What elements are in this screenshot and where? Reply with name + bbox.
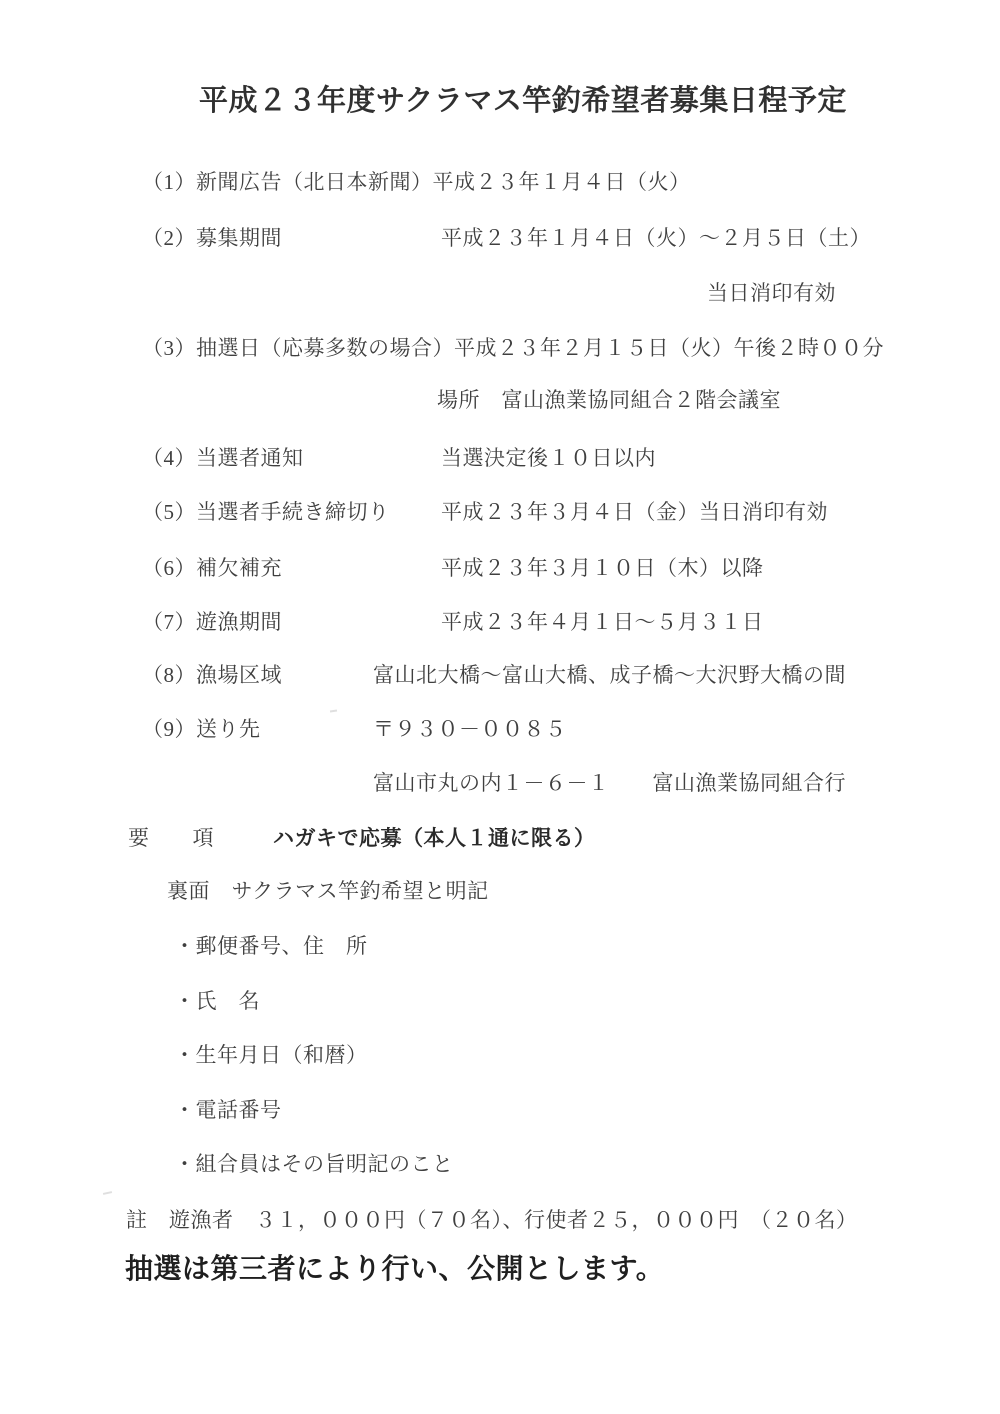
scan-artifact [103,1191,112,1195]
schedule-item-9-value: 〒９３０－００８５ [373,717,567,742]
scan-artifact [396,838,400,840]
scanned-document-page: 平成２３年度サクラマス竿釣希望者募集日程予定 （1）新聞広告（北日本新聞）平成２… [0,0,1000,1414]
postcard-bullet-birthdate: ・生年月日（和暦） [174,1043,368,1068]
postcard-bullet-member: ・組合員はその旨明記のこと [174,1152,454,1177]
postcard-bullet-name: ・氏 名 [174,989,260,1014]
schedule-item-3: （3）抽選日（応募多数の場合）平成２３年２月１５日（火）午後２時００分 [142,336,884,361]
schedule-item-7-value: 平成２３年４月１日～５月３１日 [441,610,764,635]
schedule-item-2-note: 当日消印有効 [707,281,836,306]
schedule-item-5-value: 平成２３年３月４日（金）当日消印有効 [441,500,828,525]
schedule-item-6-value: 平成２３年３月１０日（木）以降 [441,556,764,581]
fee-note: 註 遊漁者 ３１，０００円（７０名）、行使者２５，０００円 （２０名） [126,1208,858,1233]
postcard-bullet-zipcode: ・郵便番号、住 所 [174,934,368,959]
youkou-value: ハガキで応募（本人１通に限る） [273,826,596,851]
postcard-back-note: 裏面 サクラマス竿釣希望と明記 [167,879,489,904]
schedule-item-4-label: （4）当選者通知 [142,446,304,471]
schedule-item-6-label: （6）補欠補充 [142,556,282,581]
scan-artifact [330,710,337,713]
schedule-item-2-value: 平成２３年１月４日（火）～２月５日（土） [441,226,871,251]
schedule-item-7-label: （7）遊漁期間 [142,610,282,635]
schedule-item-8-value: 富山北大橋～富山大橋、成子橋～大沢野大橋の間 [373,663,846,688]
schedule-item-2-label: （2）募集期間 [142,226,282,251]
schedule-item-9-label: （9）送り先 [142,717,261,742]
postcard-bullet-phone: ・電話番号 [174,1098,282,1123]
schedule-item-5-label: （5）当選者手続き締切り [142,500,390,525]
closing-statement: 抽選は第三者により行い、公開とします。 [125,1253,664,1287]
page-title: 平成２３年度サクラマス竿釣希望者募集日程予定 [199,84,847,119]
schedule-item-1: （1）新聞広告（北日本新聞）平成２３年１月４日（火） [142,170,691,195]
schedule-item-9-address: 富山市丸の内１－６－１ 富山漁業協同組合行 [373,771,846,796]
schedule-item-3-place: 場所 富山漁業協同組合２階会議室 [437,388,781,413]
schedule-item-4-value: 当選決定後１０日以内 [441,446,656,471]
youkou-label: 要 項 [128,826,214,851]
schedule-item-8-label: （8）漁場区域 [142,663,282,688]
